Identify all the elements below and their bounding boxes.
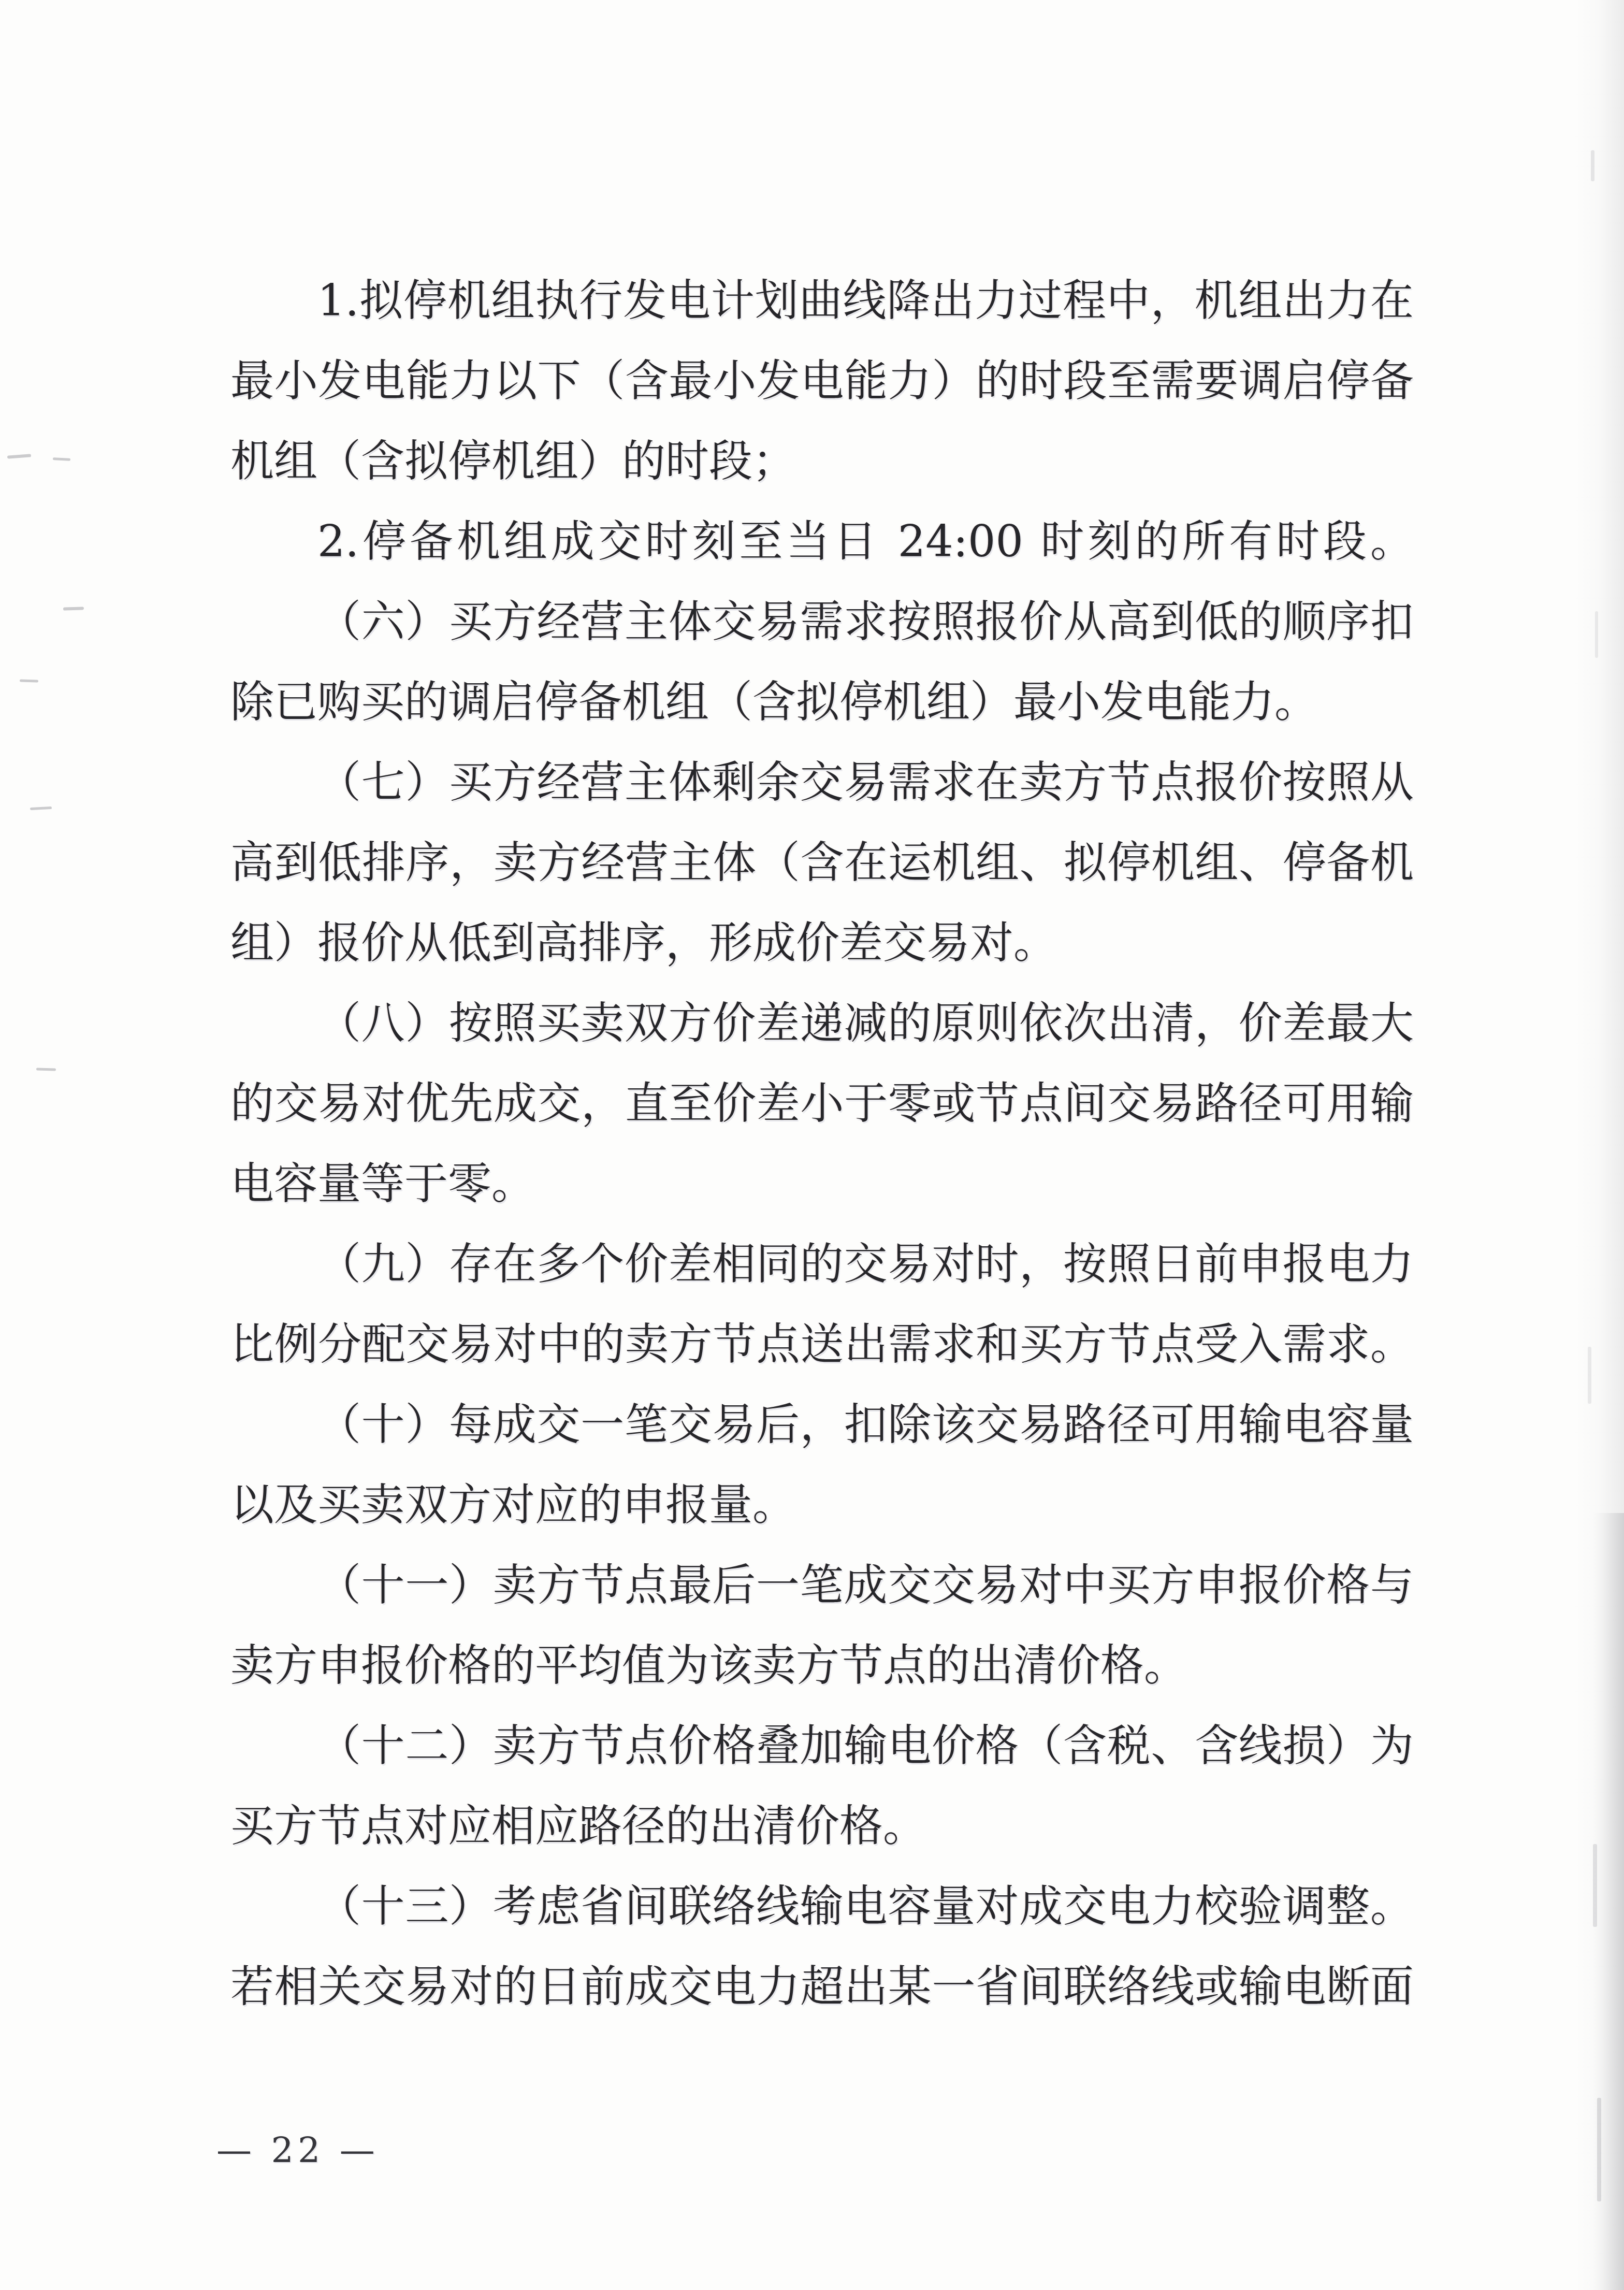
scan-speck bbox=[1595, 611, 1598, 658]
scan-edge-shadow-bottom bbox=[1593, 1513, 1624, 2290]
scan-speck bbox=[20, 679, 38, 682]
text-line: （六）买方经营主体交易需求按照报价从高到低的顺序扣 bbox=[230, 582, 1414, 662]
text-line: 除已购买的调启停备机组（含拟停机组）最小发电能力。 bbox=[230, 662, 1414, 742]
text-line: （十）每成交一笔交易后，扣除该交易路径可用输电容量 bbox=[230, 1385, 1414, 1465]
scan-speck bbox=[1597, 2098, 1601, 2201]
scan-speck bbox=[7, 454, 31, 458]
page-number: — 22 — bbox=[216, 2132, 379, 2169]
text-line: 以及买卖双方对应的申报量。 bbox=[230, 1465, 1414, 1545]
scan-speck bbox=[30, 806, 52, 810]
text-line: 电容量等于零。 bbox=[230, 1144, 1414, 1224]
text-line: 买方节点对应相应路径的出清价格。 bbox=[230, 1786, 1414, 1866]
text-line: 若相关交易对的日前成交电力超出某一省间联络线或输电断面 bbox=[230, 1947, 1414, 2027]
scan-speck bbox=[1588, 1347, 1591, 1404]
scan-speck bbox=[1591, 150, 1594, 181]
text-line: 机组（含拟停机组）的时段； bbox=[230, 421, 1414, 501]
scan-speck bbox=[63, 607, 84, 610]
scan-speck bbox=[53, 457, 70, 461]
text-line: 组）报价从低到高排序，形成价差交易对。 bbox=[230, 903, 1414, 983]
text-line: （八）按照买卖双方价差递减的原则依次出清，价差最大 bbox=[230, 983, 1414, 1063]
text-line: 最小发电能力以下（含最小发电能力）的时段至需要调启停备 bbox=[230, 341, 1414, 421]
scan-speck bbox=[1593, 1844, 1597, 1927]
text-line: 比例分配交易对中的卖方节点送出需求和买方节点受入需求。 bbox=[230, 1304, 1414, 1385]
document-page: 1.拟停机组执行发电计划曲线降出力过程中，机组出力在最小发电能力以下（含最小发电… bbox=[0, 0, 1624, 2290]
text-line: 的交易对优先成交，直至价差小于零或节点间交易路径可用输 bbox=[230, 1063, 1414, 1144]
text-line: 1.拟停机组执行发电计划曲线降出力过程中，机组出力在 bbox=[230, 261, 1414, 341]
text-line: 2.停备机组成交时刻至当日 24:00 时刻的所有时段。 bbox=[230, 501, 1414, 582]
body-text: 1.拟停机组执行发电计划曲线降出力过程中，机组出力在最小发电能力以下（含最小发电… bbox=[230, 261, 1414, 2027]
text-line: （十三）考虑省间联络线输电容量对成交电力校验调整。 bbox=[230, 1866, 1414, 1947]
text-line: （十一）卖方节点最后一笔成交交易对中买方申报价格与 bbox=[230, 1545, 1414, 1625]
text-line: 卖方申报价格的平均值为该卖方节点的出清价格。 bbox=[230, 1625, 1414, 1706]
text-line: （七）买方经营主体剩余交易需求在卖方节点报价按照从 bbox=[230, 742, 1414, 823]
scan-speck bbox=[36, 1068, 56, 1071]
text-line: （十二）卖方节点价格叠加输电价格（含税、含线损）为 bbox=[230, 1706, 1414, 1786]
scan-edge-shadow bbox=[1574, 0, 1624, 2290]
text-line: 高到低排序，卖方经营主体（含在运机组、拟停机组、停备机 bbox=[230, 823, 1414, 903]
text-line: （九）存在多个价差相同的交易对时，按照日前申报电力 bbox=[230, 1224, 1414, 1304]
